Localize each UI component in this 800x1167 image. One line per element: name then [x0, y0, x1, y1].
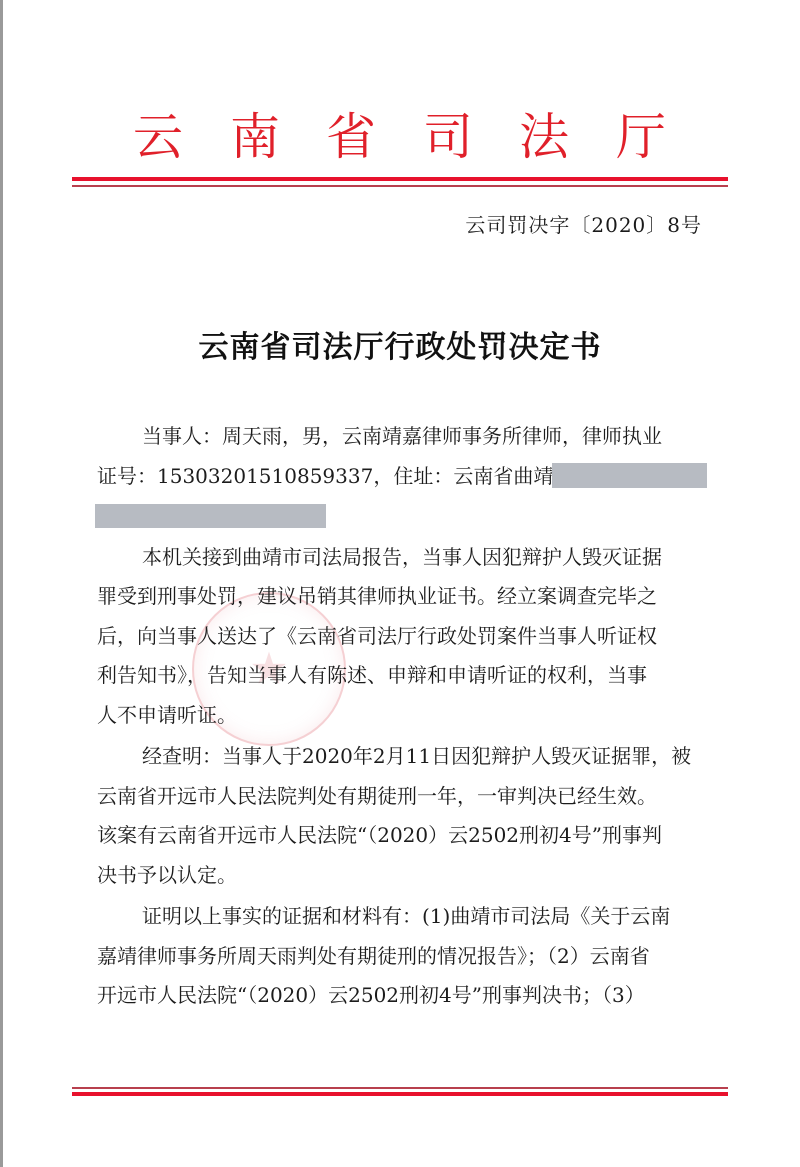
masthead-char: 司 [418, 104, 478, 170]
masthead-char: 省 [321, 104, 381, 170]
evidence-line: 嘉靖律师事务所周天雨判处有期徒刑的情况报告》；（2）云南省 [97, 937, 707, 977]
report-line: 后，向当事人送达了《云南省司法厅行政处罚案件当事人听证权 [97, 617, 707, 657]
page-left-edge [0, 0, 3, 1167]
footer-rule-thin [72, 1087, 728, 1089]
findings-line: 经查明：当事人于2020年2月11日因犯辩护人毁灭证据罪，被 [97, 737, 707, 777]
masthead-rule-thin [72, 185, 728, 187]
masthead-char: 云 [128, 104, 188, 170]
masthead: 云 南 省 司 法 厅 [0, 104, 800, 170]
address-redaction [552, 463, 707, 488]
masthead-rule-thick [72, 177, 728, 181]
party-line: 当事人：周天雨，男，云南靖嘉律师事务所律师，律师执业 [97, 417, 707, 457]
report-line: 罪受到刑事处罚，建议吊销其律师执业证书。经立案调查完毕之 [97, 577, 707, 617]
evidence-line: 证明以上事实的证据和材料有：(1)曲靖市司法局《关于云南 [97, 897, 707, 937]
evidence-line: 开远市人民法院“（2020）云2502刑初4号”刑事判决书；（3） [97, 976, 707, 1016]
document-number: 云司罚决字〔2020〕8号 [465, 211, 702, 239]
report-line: 人不申请听证。 [97, 696, 707, 736]
address-redaction [95, 504, 326, 528]
footer-rule-thick [72, 1092, 728, 1096]
masthead-char: 南 [225, 104, 285, 170]
findings-line: 决书予以认定。 [97, 856, 707, 896]
report-line: 利告知书》，告知当事人有陈述、申辩和申请听证的权利，当事 [97, 656, 707, 696]
findings-line: 云南省开远市人民法院判处有期徒刑一年，一审判决已经生效。 [97, 777, 707, 817]
masthead-char: 法 [514, 104, 574, 170]
document-title: 云南省司法厅行政处罚决定书 [0, 326, 800, 370]
masthead-char: 厅 [611, 104, 671, 170]
findings-line: 该案有云南省开远市人民法院“（2020）云2502刑初4号”刑事判 [97, 816, 707, 856]
report-line: 本机关接到曲靖市司法局报告，当事人因犯辩护人毁灭证据 [97, 538, 707, 578]
